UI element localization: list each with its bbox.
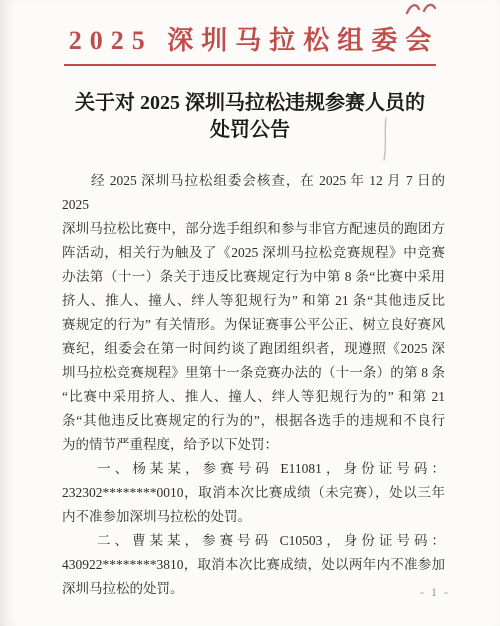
document-line: 232302********0010，取消本次比赛成绩（未完赛），处以三年 xyxy=(62,481,445,505)
document-line: 阵活动，相关行为触及了《2025 深圳马拉松竞赛规程》中竞赛 xyxy=(62,241,445,265)
document-line: 430922********3810，取消本次比赛成绩，处以两年内不准参加 xyxy=(62,553,445,577)
document-title: 关于对 2025 深圳马拉松违规参赛人员的 处罚公告 xyxy=(38,90,462,144)
document-page: 2025 深圳马拉松组委会 关于对 2025 深圳马拉松违规参赛人员的 处罚公告… xyxy=(0,0,500,626)
document-line: 经 2025 深圳马拉松组委会核查，在 2025 年 12 月 7 日的 202… xyxy=(62,169,445,217)
scan-artifact-pen-stroke xyxy=(378,116,392,162)
letterhead-divider xyxy=(64,64,436,66)
document-title-line1: 关于对 2025 深圳马拉松违规参赛人员的 xyxy=(75,92,425,114)
letterhead-org-name: 2025 深圳马拉松组委会 xyxy=(0,25,500,57)
document-line: 深圳马拉松比赛中，部分选手组织和参与非官方配速员的跑团方 xyxy=(62,217,445,241)
scan-artifact-red-mark xyxy=(404,0,438,16)
document-line: 深圳马拉松的处罚。 xyxy=(62,577,445,601)
document-line: 条“其他违反比赛规定的行为的”，根据各选手的违规和不良行 xyxy=(62,409,445,433)
document-line: 为的情节严重程度，给予以下处罚： xyxy=(62,433,445,457)
document-line: 圳马拉松竞赛规程》里第十一条竞赛办法的（十一条）的第 8 条 xyxy=(62,361,445,385)
document-body: 经 2025 深圳马拉松组委会核查，在 2025 年 12 月 7 日的 202… xyxy=(62,169,445,601)
document-line: 二、曹某某，参赛号码 C10503，身份证号码： xyxy=(62,529,445,553)
document-line: 一、杨某某，参赛号码 E11081，身份证号码： xyxy=(62,457,445,481)
document-title-line2: 处罚公告 xyxy=(210,119,290,141)
document-line: 赛规定的行为” 有关情形。为保证赛事公平公正、树立良好赛风 xyxy=(62,313,445,337)
document-line: “比赛中采用挤人、推人、撞人、绊人等犯规行为的” 和第 21 xyxy=(62,385,445,409)
document-line: 赛纪，组委会在第一时间约谈了跑团组织者，现遵照《2025 深 xyxy=(62,337,445,361)
document-line: 挤人、推人、撞人、绊人等犯规行为” 和第 21 条“其他违反比 xyxy=(62,289,445,313)
document-line: 办法第（十一）条关于违反比赛规定行为中第 8 条“比赛中采用 xyxy=(62,265,445,289)
document-line: 内不准参加深圳马拉松的处罚。 xyxy=(62,505,445,529)
page-number: - 1 - xyxy=(420,585,450,600)
